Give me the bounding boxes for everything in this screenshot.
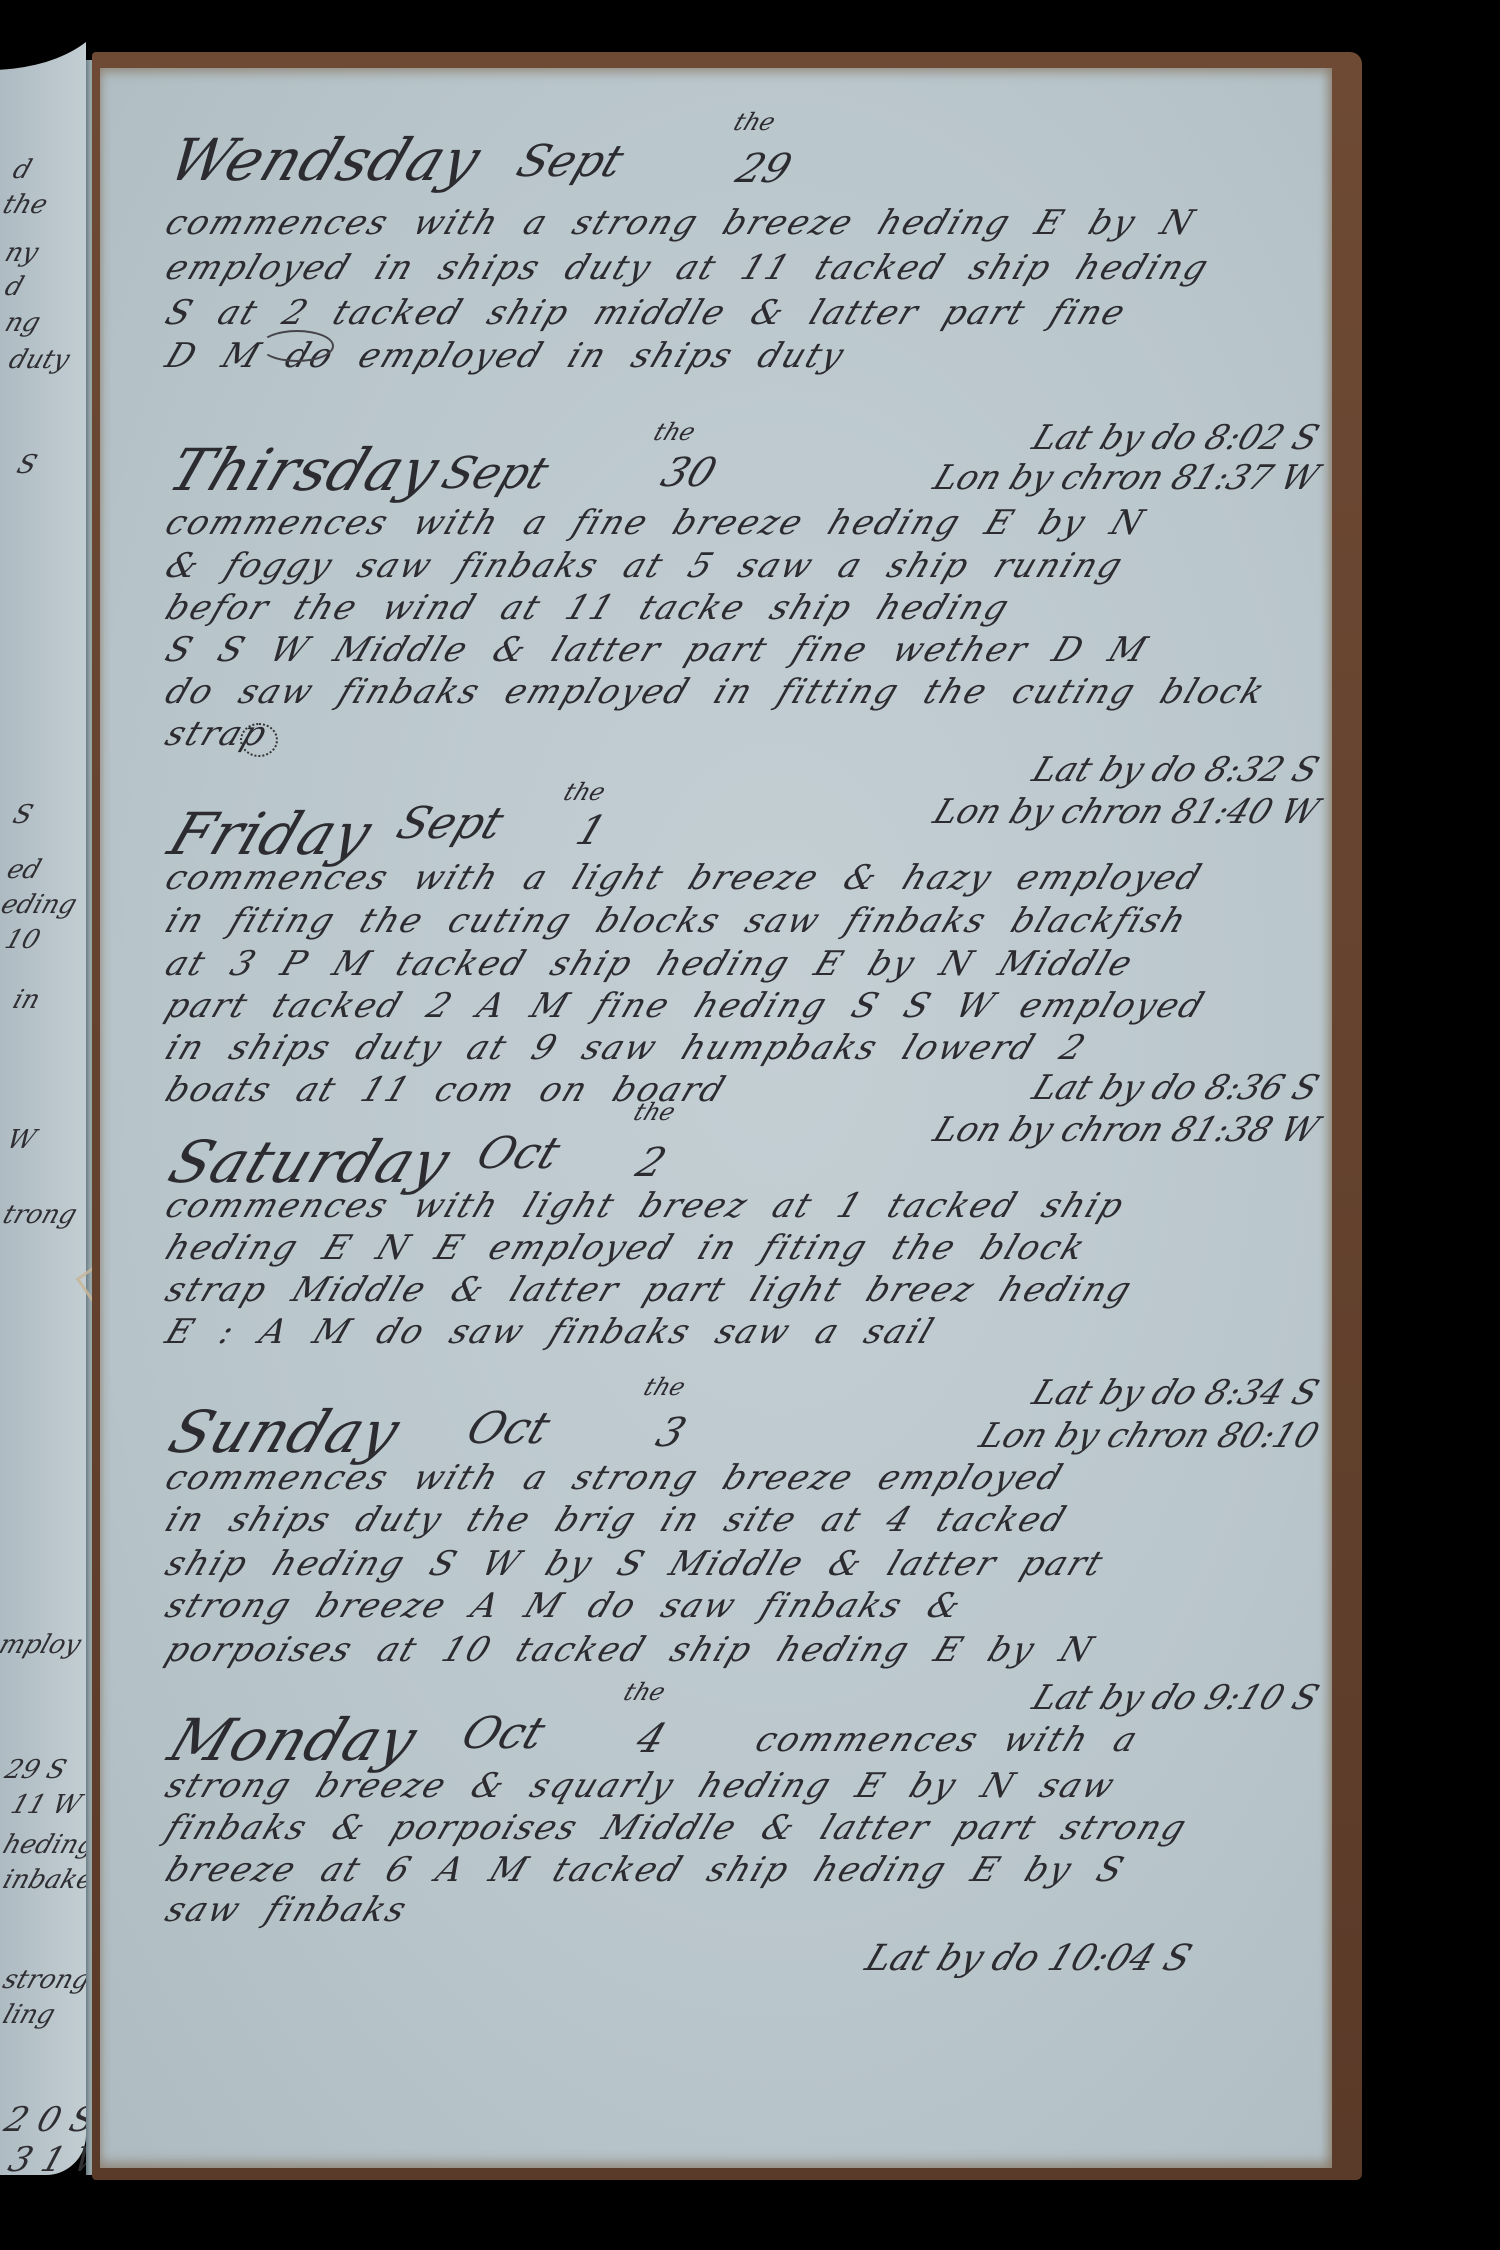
logbook-page: Wendsday Sept the 29 commences with a st… — [100, 68, 1332, 2168]
entry-line: do saw finbaks employed in fitting the c… — [160, 672, 1272, 712]
entry-line: in fiting the cuting blocks saw finbaks … — [160, 901, 1193, 941]
entry-month: Oct — [455, 1708, 552, 1759]
left-page-text: ed — [3, 855, 45, 885]
entry-the: the — [630, 1098, 680, 1126]
entry-the: the — [620, 1678, 670, 1706]
log-entry: the Lat by do 8:02 S Thirsday Sept 30 Lo… — [160, 358, 1320, 718]
final-latitude: Lat by do 10:04 S — [860, 1938, 1197, 1979]
log-entry: Lat by do 8:32 S Lon by chron 81:40 W th… — [160, 708, 1320, 1048]
entry-the: the — [650, 418, 700, 446]
left-page-text: d — [9, 155, 35, 185]
left-page-text: in — [9, 985, 44, 1015]
entry-line: breeze at 6 A M tacked ship heding E by … — [160, 1850, 1131, 1890]
entry-latitude: Lat by do 9:10 S — [1027, 1678, 1324, 1718]
entry-latitude: Lat by do 8:32 S — [1027, 750, 1324, 790]
entry-line: employed in ships duty at 11 tacked ship… — [160, 248, 1215, 288]
entry-line: commences with light breez at 1 tacked s… — [160, 1186, 1131, 1226]
entry-line: S S W Middle & latter part fine wether D… — [160, 630, 1154, 670]
entry-day: Wendsday — [160, 126, 491, 194]
entry-date: 30 — [655, 450, 723, 496]
entry-line: & foggy saw finbaks at 5 saw a ship runi… — [160, 546, 1129, 586]
entry-longitude: Lon by chron 80:10 — [974, 1416, 1324, 1456]
entry-latitude: Lat by do 8:34 S — [1027, 1373, 1324, 1413]
entry-line: ship heding S W by S Middle & latter par… — [160, 1544, 1110, 1584]
entry-line: S at 2 tacked ship middle & latter part … — [160, 293, 1132, 333]
log-entry: Wendsday Sept the 29 commences with a st… — [160, 108, 1320, 358]
entry-month: Oct — [470, 1128, 567, 1179]
left-page-text: d — [1, 272, 27, 302]
entry-line: commences with a light breeze & hazy emp… — [160, 858, 1208, 898]
entry-the: the — [560, 778, 610, 806]
entry-month: Sept — [435, 448, 556, 499]
left-page-text: eding — [0, 890, 81, 920]
entry-line: commences with a fine breeze heding E by… — [160, 503, 1151, 543]
entry-line: heding E N E employed in fiting the bloc… — [160, 1228, 1092, 1268]
entry-latitude: Lat by do 8:36 S — [1027, 1068, 1324, 1108]
entry-line: strong breeze A M do saw finbaks & — [160, 1586, 968, 1626]
entry-line: E : A M do saw finbaks saw a sail — [160, 1312, 941, 1352]
left-facing-page: d the ny d ng duty S S ed eding 10 in W … — [0, 40, 86, 2175]
entry-day: Thirsday — [160, 436, 449, 504]
log-entry: the Lat by do 9:10 S Monday Oct 4 commen… — [160, 1668, 1320, 1888]
log-entry: the Lat by do 8:34 S Sunday Oct 3 Lon by… — [160, 1358, 1320, 1658]
log-entry: Lat by do 8:36 S the Lon by chron 81:38 … — [160, 1068, 1320, 1328]
left-page-text: strong — [0, 1965, 94, 1995]
entry-line: commences with a — [750, 1720, 1145, 1760]
left-page-text: duty — [5, 345, 73, 375]
entry-the: the — [640, 1373, 690, 1401]
left-page-text: 10 — [1, 925, 44, 955]
entry-line: finbaks & porpoises Middle & latter part… — [160, 1808, 1193, 1848]
left-page-text: heding — [0, 1830, 99, 1860]
entry-date: 4 — [630, 1716, 672, 1762]
entry-month: Sept — [390, 798, 511, 849]
entry-line: commences with a strong breeze employed — [160, 1458, 1069, 1498]
left-page-text: 11 W — [7, 1790, 85, 1820]
left-page-text: W — [3, 1125, 39, 1155]
left-page-text: 29 S — [1, 1755, 70, 1785]
entry-date: 2 — [630, 1140, 672, 1186]
left-page-text: ling — [0, 2000, 59, 2030]
entry-line: strap Middle & latter part light breez h… — [160, 1270, 1138, 1310]
entry-longitude: Lon by chron 81:37 W — [928, 458, 1324, 498]
left-page-text: S — [9, 800, 37, 830]
left-page-text: mploy — [0, 1630, 85, 1660]
left-page-text: trong — [0, 1200, 81, 1230]
entry-month: Oct — [460, 1403, 557, 1454]
entry-line: strong breeze & squarly heding E by N sa… — [160, 1766, 1121, 1806]
entry-longitude: Lon by chron 81:40 W — [928, 792, 1324, 832]
left-page-text: S — [13, 450, 41, 480]
entry-line: befor the wind at 11 tacke ship heding — [160, 588, 1016, 628]
entry-date: 29 — [730, 146, 798, 192]
entry-line: porpoises at 10 tacked ship heding E by … — [160, 1630, 1100, 1670]
entry-line: in ships duty at 9 saw humpbaks lowerd 2 — [160, 1028, 1092, 1068]
left-page-text: ny — [1, 238, 42, 268]
left-page-text: the — [0, 190, 51, 220]
entry-line: part tacked 2 A M fine heding S S W empl… — [160, 986, 1211, 1026]
entry-day: Sunday — [160, 1398, 410, 1466]
entry-line: commences with a strong breeze heding E … — [160, 203, 1201, 243]
entry-date: 1 — [570, 808, 612, 854]
entry-the: the — [730, 108, 780, 136]
entry-line: saw finbaks — [160, 1890, 414, 1930]
entry-date: 3 — [650, 1410, 692, 1456]
entry-month: Sept — [510, 136, 631, 187]
entry-longitude: Lon by chron 81:38 W — [928, 1110, 1324, 1150]
entry-day: Monday — [160, 1706, 427, 1774]
entry-line: in ships duty the brig in site at 4 tack… — [160, 1500, 1073, 1540]
left-page-text: ng — [1, 308, 44, 338]
entry-line: at 3 P M tacked ship heding E by N Middl… — [160, 944, 1139, 984]
entry-latitude: Lat by do 8:02 S — [1027, 418, 1324, 458]
